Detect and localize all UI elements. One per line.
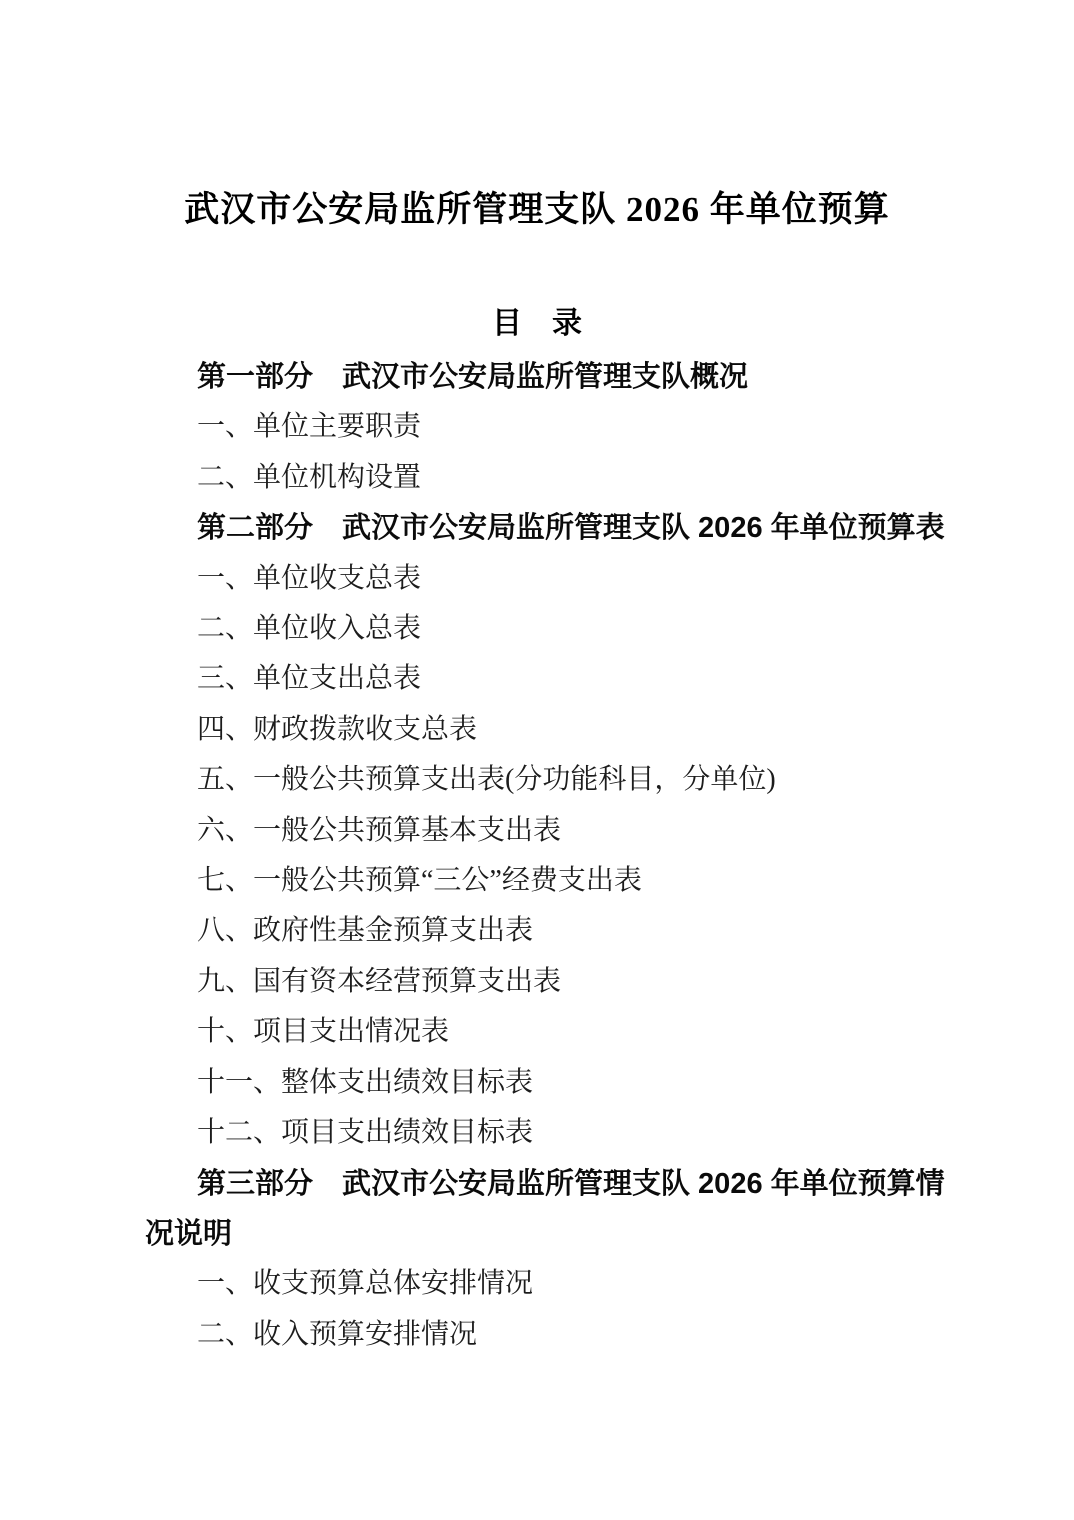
toc-line: 八、政府性基金预算支出表: [145, 906, 955, 956]
toc-section-heading: 第二部分 武汉市公安局监所管理支队 2026 年单位预算表: [145, 503, 955, 553]
toc-line: 七、一般公共预算“三公”经费支出表: [145, 856, 955, 906]
toc-section-heading-continuation: 况说明: [145, 1209, 955, 1259]
toc-line: 十二、项目支出绩效目标表: [145, 1108, 955, 1158]
toc-line: 六、一般公共预算基本支出表: [145, 806, 955, 856]
toc-line: 九、国有资本经营预算支出表: [145, 957, 955, 1007]
toc-line: 一、单位主要职责: [145, 402, 955, 452]
toc-section-heading: 第三部分 武汉市公安局监所管理支队 2026 年单位预算情: [145, 1159, 955, 1209]
toc-line: 十一、整体支出绩效目标表: [145, 1058, 955, 1108]
toc-line: 二、单位收入总表: [145, 604, 955, 654]
toc-line: 五、一般公共预算支出表(分功能科目，分单位): [145, 755, 955, 805]
toc-line: 四、财政拨款收支总表: [145, 705, 955, 755]
toc-line: 三、单位支出总表: [145, 654, 955, 704]
toc-list: 第一部分 武汉市公安局监所管理支队概况 一、单位主要职责 二、单位机构设置 第二…: [145, 352, 955, 1360]
toc-line: 二、单位机构设置: [145, 453, 955, 503]
toc-line: 一、收支预算总体安排情况: [145, 1259, 955, 1309]
toc-heading: 目 录: [0, 304, 1074, 344]
document-title: 武汉市公安局监所管理支队 2026 年单位预算: [0, 188, 1074, 232]
toc-section-heading: 第一部分 武汉市公安局监所管理支队概况: [145, 352, 955, 402]
toc-line: 二、收入预算安排情况: [145, 1310, 955, 1360]
document-page: 武汉市公安局监所管理支队 2026 年单位预算 目 录 第一部分 武汉市公安局监…: [0, 0, 1074, 1520]
toc-line: 十、项目支出情况表: [145, 1007, 955, 1057]
toc-line: 一、单位收支总表: [145, 554, 955, 604]
